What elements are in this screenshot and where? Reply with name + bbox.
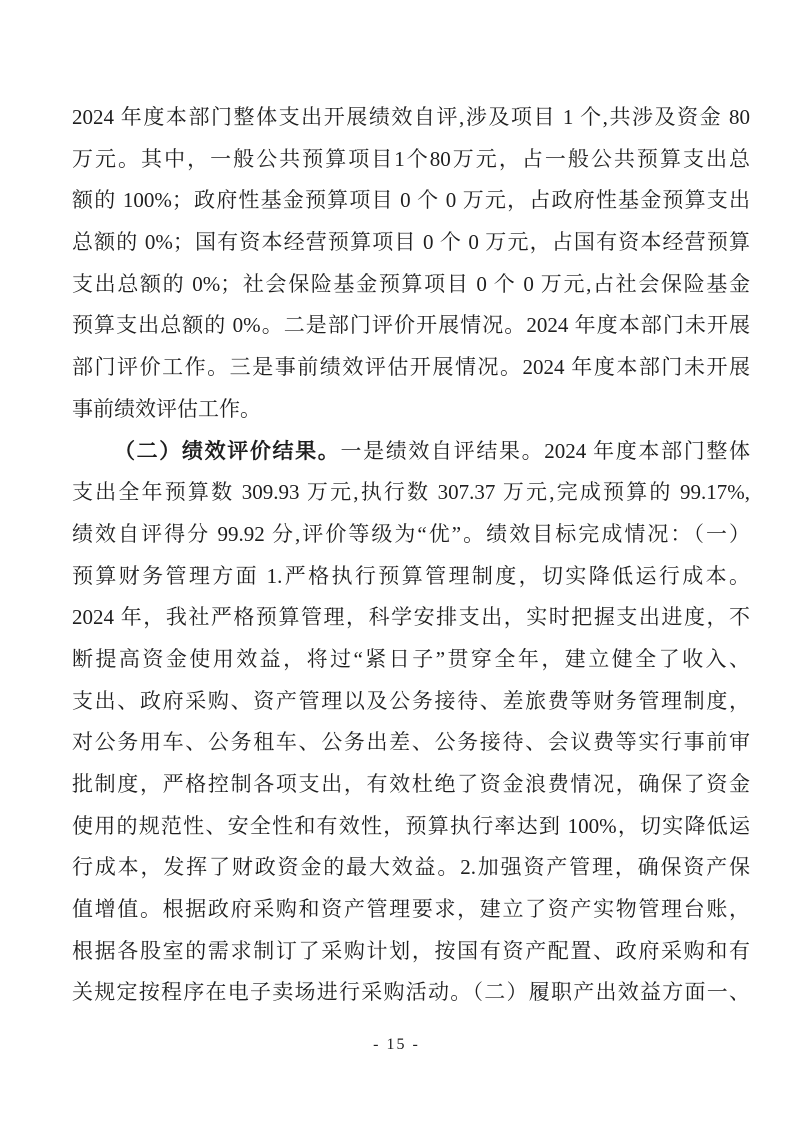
body-text: 2024 年度本部门整体支出开展绩效自评,涉及项目 1 个,共涉及资金 80 (72, 105, 750, 129)
body-text: 批制度，严格控制各项支出，有效杜绝了资金浪费情况，确保了资金 (72, 772, 750, 796)
text-line: 支出、政府采购、资产管理以及公务接待、差旅费等财务管理制度， (72, 681, 750, 723)
text-line: 绩效自评得分 99.92 分,评价等级为“优”。绩效目标完成情况：（一） (72, 514, 750, 556)
document-page: 2024 年度本部门整体支出开展绩效自评,涉及项目 1 个,共涉及资金 80万元… (0, 0, 793, 1122)
text-line: 预算支出总额的 0%。二是部门评价开展情况。2024 年度本部门未开展 (72, 305, 750, 347)
text-line: 额的 100%；政府性基金预算项目 0 个 0 万元，占政府性基金预算支出 (72, 180, 750, 222)
text-line: 根据各股室的需求制订了采购计划，按国有资产配置、政府采购和有 (72, 931, 750, 973)
body-text: 使用的规范性、安全性和有效性，预算执行率达到 100%，切实降低运 (72, 814, 750, 838)
text-line: 值增值。根据政府采购和资产管理要求，建立了资产实物管理台账， (72, 889, 750, 931)
page-number: - 15 - (0, 1036, 793, 1054)
text-line: 对公务用车、公务租车、公务出差、公务接待、会议费等实行事前审 (72, 722, 750, 764)
body-text: 事前绩效评估工作。 (72, 397, 261, 421)
text-line: 预算财务管理方面 1.严格执行预算管理制度，切实降低运行成本。 (72, 556, 750, 598)
body-text: 行成本，发挥了财政资金的最大效益。2.加强资产管理，确保资产保 (72, 855, 750, 879)
body-text: 对公务用车、公务租车、公务出差、公务接待、会议费等实行事前审 (72, 730, 750, 754)
body-text: 万元。其中，一般公共预算项目1个80万元，占一般公共预算支出总 (72, 147, 750, 171)
body-text: 绩效自评得分 99.92 分,评价等级为“优”。绩效目标完成情况：（一） (72, 522, 750, 546)
body-text: 关规定按程序在电子卖场进行采购活动。（二）履职产出效益方面一、 (72, 980, 750, 1004)
body-text: 根据各股室的需求制订了采购计划，按国有资产配置、政府采购和有 (72, 939, 750, 963)
body-text: 部门评价工作。三是事前绩效评估开展情况。2024 年度本部门未开展 (72, 355, 750, 379)
text-line: 支出总额的 0%；社会保险基金预算项目 0 个 0 万元,占社会保险基金 (72, 264, 750, 306)
text-line: 总额的 0%；国有资本经营预算项目 0 个 0 万元，占国有资本经营预算 (72, 222, 750, 264)
text-line: 部门评价工作。三是事前绩效评估开展情况。2024 年度本部门未开展 (72, 347, 750, 389)
body-text: 断提高资金使用效益，将过“紧日子”贯穿全年，建立健全了收入、 (72, 647, 750, 671)
text-line: 万元。其中，一般公共预算项目1个80万元，占一般公共预算支出总 (72, 139, 750, 181)
text-line: 2024 年度本部门整体支出开展绩效自评,涉及项目 1 个,共涉及资金 80 (72, 97, 750, 139)
body-text: 支出总额的 0%；社会保险基金预算项目 0 个 0 万元,占社会保险基金 (72, 272, 750, 296)
body-text: 预算财务管理方面 1.严格执行预算管理制度，切实降低运行成本。 (72, 564, 750, 588)
text-line: 支出全年预算数 309.93 万元,执行数 307.37 万元,完成预算的 99… (72, 472, 750, 514)
body-text: 总额的 0%；国有资本经营预算项目 0 个 0 万元，占国有资本经营预算 (72, 230, 750, 254)
text-line: 行成本，发挥了财政资金的最大效益。2.加强资产管理，确保资产保 (72, 847, 750, 889)
section-heading-text: （二）绩效评价结果。 (114, 439, 340, 463)
body-text: 值增值。根据政府采购和资产管理要求，建立了资产实物管理台账， (72, 897, 750, 921)
text-line: 断提高资金使用效益，将过“紧日子”贯穿全年，建立健全了收入、 (72, 639, 750, 681)
body-text: 支出全年预算数 309.93 万元,执行数 307.37 万元,完成预算的 99… (72, 480, 750, 504)
text-line: 关规定按程序在电子卖场进行采购活动。（二）履职产出效益方面一、 (72, 972, 750, 1014)
text-line: 2024 年，我社严格预算管理，科学安排支出，实时把握支出进度，不 (72, 597, 750, 639)
text-line: （二）绩效评价结果。一是绩效自评结果。2024 年度本部门整体 (72, 431, 750, 473)
body-text: 支出、政府采购、资产管理以及公务接待、差旅费等财务管理制度， (72, 689, 750, 713)
document-body: 2024 年度本部门整体支出开展绩效自评,涉及项目 1 个,共涉及资金 80万元… (72, 97, 750, 1014)
text-line: 使用的规范性、安全性和有效性，预算执行率达到 100%，切实降低运 (72, 806, 750, 848)
body-text: 一是绩效自评结果。2024 年度本部门整体 (340, 439, 750, 463)
body-text: 2024 年，我社严格预算管理，科学安排支出，实时把握支出进度，不 (72, 605, 750, 629)
text-line: 批制度，严格控制各项支出，有效杜绝了资金浪费情况，确保了资金 (72, 764, 750, 806)
text-line: 事前绩效评估工作。 (72, 389, 750, 431)
body-text: 额的 100%；政府性基金预算项目 0 个 0 万元，占政府性基金预算支出 (72, 188, 750, 212)
body-text: 预算支出总额的 0%。二是部门评价开展情况。2024 年度本部门未开展 (72, 313, 750, 337)
